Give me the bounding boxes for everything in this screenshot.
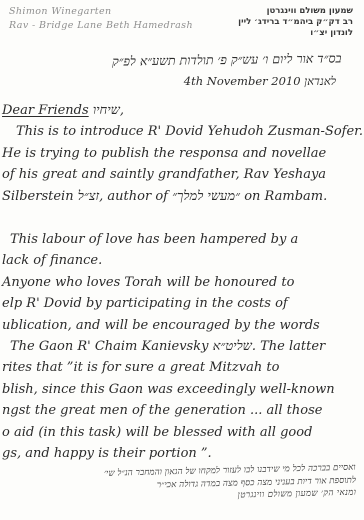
date-city-hebrew: לאנדאן bbox=[304, 74, 336, 88]
body-line: lack of finance. bbox=[2, 250, 364, 271]
body-line: blish, since this Gaon was exceedingly w… bbox=[2, 379, 364, 400]
date-english: 4th November 2010 bbox=[184, 74, 301, 88]
body-line: He is trying to publish the responsa and… bbox=[2, 143, 364, 164]
body-line: The Gaon R' Chaim Kanievsky שליט״א. The … bbox=[2, 336, 364, 357]
hebrew-closing: ואסיים בברכה לכל מי שידבנו לבו לעזור למק… bbox=[0, 462, 356, 508]
letterhead-name-hebrew: שמעון משולם ווינגרטן bbox=[238, 6, 353, 17]
body-line: Silberstein זצ״ל, author of ״מעשי למלך״ … bbox=[2, 186, 364, 207]
scanned-letter-page: Shimon Winegarten Rav - Bridge Lane Beth… bbox=[0, 0, 364, 520]
letterhead-name-english: Shimon Winegarten bbox=[9, 5, 193, 19]
body-line: This labour of love has been hampered by… bbox=[2, 229, 364, 250]
body-line: gs, and happy is their portion ”. bbox=[2, 443, 364, 464]
letterhead-title-english: Rav - Bridge Lane Beth Hamedrash bbox=[9, 19, 193, 33]
body-line: o aid (in this task) will be blessed wit… bbox=[2, 422, 364, 443]
paragraph-gap bbox=[2, 207, 364, 229]
salutation-comma: , bbox=[120, 103, 124, 118]
english-date-line: 4th November 2010 לאנדאן bbox=[184, 74, 336, 88]
salutation-hebrew: שיחיו bbox=[93, 103, 120, 118]
letterhead-title-hebrew: רב דק״ק ביהמ״ד ברידג׳ ליין bbox=[238, 17, 353, 28]
salutation-text: Dear Friends bbox=[2, 103, 89, 118]
salutation: Dear Friends שיחיו, bbox=[2, 100, 364, 121]
letterhead-hebrew: שמעון משולם ווינגרטן רב דק״ק ביהמ״ד בריד… bbox=[238, 6, 353, 39]
letter-body: Dear Friends שיחיו, This is to introduce… bbox=[2, 100, 364, 465]
letterhead-city-hebrew: לונדון יצ״ו bbox=[238, 28, 353, 39]
hebrew-date-line: בס״ד אור ליום ו׳ עש״ק פ׳ תולדות תשע״א לפ… bbox=[112, 50, 342, 69]
body-line: elp R' Dovid by participating in the cos… bbox=[2, 293, 364, 314]
body-line: Anyone who loves Torah will be honoured … bbox=[2, 272, 364, 293]
body-line: of his great and saintly grandfather, Ra… bbox=[2, 164, 364, 185]
body-line: ublication, and will be encouraged by th… bbox=[2, 315, 364, 336]
body-line: This is to introduce R' Dovid Yehudoh Zu… bbox=[2, 121, 364, 142]
body-line: rites that ”it is for sure a great Mitzv… bbox=[2, 357, 364, 378]
body-line: ngst the great men of the generation ...… bbox=[2, 400, 364, 421]
letterhead-english: Shimon Winegarten Rav - Bridge Lane Beth… bbox=[9, 5, 193, 32]
